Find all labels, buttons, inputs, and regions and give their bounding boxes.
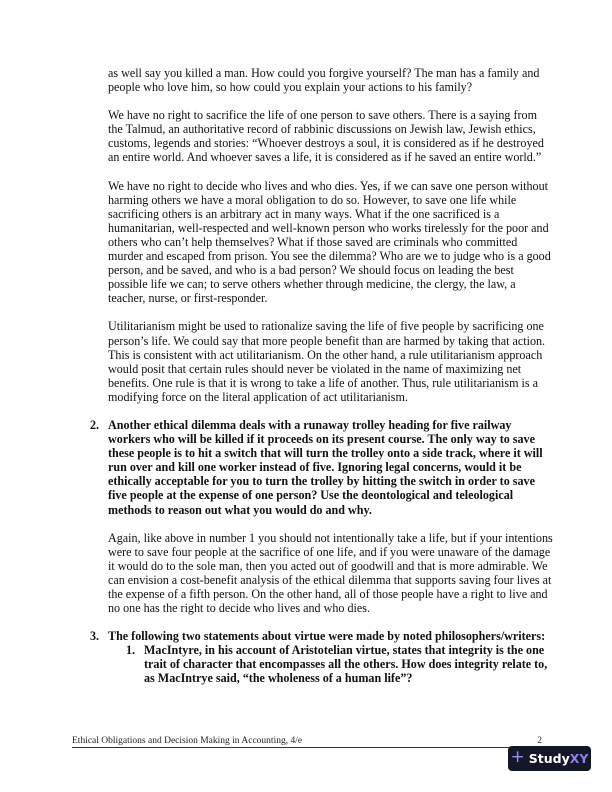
page-content: as well say you killed a man. How could … bbox=[108, 66, 554, 700]
studyxy-badge[interactable]: + StudyXY bbox=[508, 746, 591, 771]
footer-title: Ethical Obligations and Decision Making … bbox=[72, 735, 302, 747]
badge-label-accent: XY bbox=[570, 751, 589, 766]
paragraph: as well say you killed a man. How could … bbox=[108, 66, 554, 94]
paragraph: We have no right to sacrifice the life o… bbox=[108, 108, 554, 164]
sub-question-text: MacIntyre, in his account of Aristotelia… bbox=[144, 643, 554, 685]
answer-text: Again, like above in number 1 you should… bbox=[108, 531, 554, 616]
paragraph: Utilitarianism might be used to rational… bbox=[108, 319, 554, 404]
page-footer: Ethical Obligations and Decision Making … bbox=[72, 735, 542, 748]
question-2: 2. Another ethical dilemma deals with a … bbox=[108, 418, 554, 615]
sub-question-list: 1. MacIntyre, in his account of Aristote… bbox=[144, 643, 554, 685]
paragraph: We have no right to decide who lives and… bbox=[108, 179, 554, 306]
sub-question-1: 1. MacIntyre, in his account of Aristote… bbox=[144, 643, 554, 685]
sub-question-number: 1. bbox=[126, 643, 135, 657]
question-text: The following two statements about virtu… bbox=[108, 629, 554, 643]
badge-label: StudyXY bbox=[529, 751, 589, 766]
document-page: as well say you killed a man. How could … bbox=[0, 0, 612, 792]
question-number: 2. bbox=[90, 418, 99, 432]
question-3: 3. The following two statements about vi… bbox=[108, 629, 554, 685]
question-text: Another ethical dilemma deals with a run… bbox=[108, 418, 554, 517]
question-number: 3. bbox=[90, 629, 99, 643]
badge-label-main: Study bbox=[529, 751, 570, 766]
plus-icon: + bbox=[511, 749, 525, 766]
